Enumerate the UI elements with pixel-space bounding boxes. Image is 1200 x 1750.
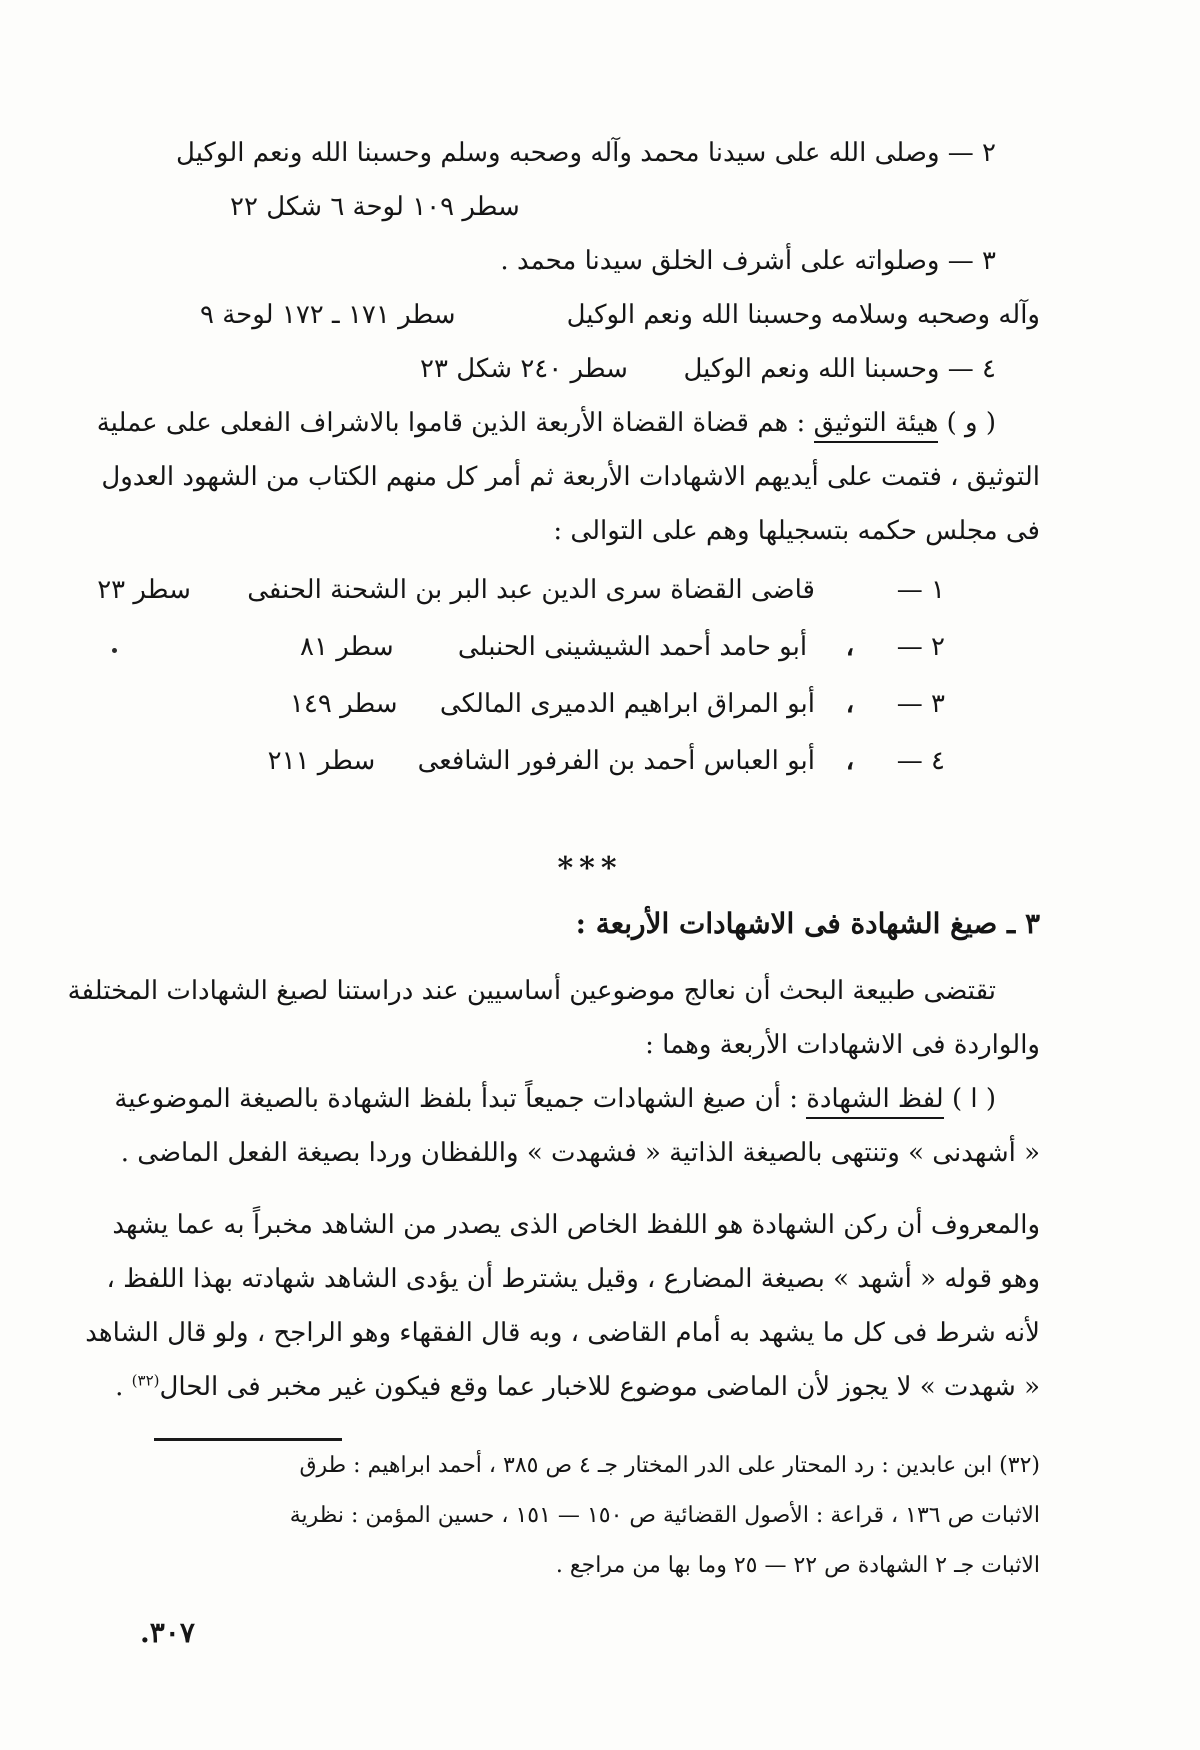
discussion-line-4-end: . [115, 1372, 132, 1402]
judge-name: أبو العباس أحمد بن الفرفور الشافعى [418, 733, 815, 790]
testimony-wording-rest: : أن صيغ الشهادات جميعاً تبدأ بلفظ الشها… [114, 1084, 806, 1114]
judge-number: ١ — [885, 562, 945, 619]
intro-paragraph-line-2: والواردة فى الاشهادات الأربعة وهما : [140, 1018, 1040, 1072]
authentication-body-line-1: ( و ) هيئة التوثيق : هم قضاة القضاة الأر… [140, 396, 1040, 450]
stars-separator: *** [140, 848, 1040, 890]
entry-2-reference: سطر ١٠٩ لوحة ٦ شكل ٢٢ [140, 180, 1040, 234]
entry-2-line: ٢ — وصلى الله على سيدنا محمد وآله وصحبه … [140, 126, 1040, 180]
entry-4-line: ٤ — وحسبنا الله ونعم الوكيل سطر ٢٤٠ شكل … [140, 342, 1040, 396]
entry-4-text: ٤ — وحسبنا الله ونعم الوكيل [683, 342, 996, 396]
authentication-body-line-3: فى مجلس حكمه بتسجيلها وهم على التوالى : [140, 504, 1040, 558]
judge-row: ٤ — ، أبو العباس أحمد بن الفرفور الشافعى… [300, 733, 945, 790]
scanned-book-page: ٢ — وصلى الله على سيدنا محمد وآله وصحبه … [0, 0, 1200, 1750]
discussion-paragraph-line-2: وهو قوله « أشهد » بصيغة المضارع ، وقيل ي… [140, 1252, 1040, 1306]
discussion-paragraph-line-1: والمعروف أن ركن الشهادة هو اللفظ الخاص ا… [140, 1198, 1040, 1252]
page-text-block: ٢ — وصلى الله على سيدنا محمد وآله وصحبه … [0, 0, 1200, 1750]
judge-name: قاضى القضاة سرى الدين عبد البر بن الشحنة… [247, 562, 815, 619]
page-number-value: .٣٠٧ [140, 1616, 195, 1649]
testimony-wording-line-2: « أشهدنى » وتنتهى بالصيغة الذاتية « فشهد… [140, 1126, 1040, 1180]
underlined-term-authentication-body: هيئة التوثيق [814, 408, 939, 443]
judge-name: أبو حامد أحمد الشيشينى الحنبلى [450, 619, 815, 676]
judge-row: ٢ — ، أبو حامد أحمد الشيشينى الحنبلى سطر… [300, 619, 945, 676]
underlined-term-testimony-wording: لفظ الشهادة [806, 1084, 943, 1119]
footnote-line-2: الاثبات ص ١٣٦ ، قراعة : الأصول القضائية … [140, 1491, 1040, 1541]
scan-speck [112, 648, 117, 653]
judge-name: أبو المراق ابراهيم الدميرى المالكى [440, 676, 815, 733]
judge-line-reference: سطر ١٤٩ [290, 676, 440, 733]
discussion-line-4-text: « شهدت » لا يجوز لأن الماضى موضوع للاخبا… [160, 1372, 1040, 1402]
intro-paragraph-line-1: تقتضى طبيعة البحث أن نعالج موضوعين أساسي… [140, 964, 1040, 1018]
judge-line-reference: سطر ٢٣ [97, 562, 247, 619]
ditto-mark: ، [815, 733, 885, 790]
testimony-wording-line-1: ( ا ) لفظ الشهادة : أن صيغ الشهادات جميع… [140, 1072, 1040, 1126]
judge-line-reference: سطر ٢١١ [268, 733, 418, 790]
entry-4-reference: سطر ٢٤٠ شكل ٢٣ [420, 342, 628, 396]
ditto-mark: ، [815, 676, 885, 733]
entry-3-continuation-line: وآله وصحبه وسلامه وحسبنا الله ونعم الوكي… [140, 288, 1040, 342]
authentication-body-rest: : هم قضاة القضاة الأربعة الذين قاموا بال… [97, 408, 814, 438]
entry-3-continuation-text: وآله وصحبه وسلامه وحسبنا الله ونعم الوكي… [567, 288, 1040, 342]
entry-3-line: ٣ — وصلواته على أشرف الخلق سيدنا محمد . [140, 234, 1040, 288]
alef-marker: ( ا ) [944, 1084, 996, 1114]
authentication-body-line-2: التوثيق ، فتمت على أيديهم الاشهادات الأر… [140, 450, 1040, 504]
judge-number: ٣ — [885, 676, 945, 733]
footnote-line-1: (٣٢) ابن عابدين : رد المحتار على الدر ال… [140, 1441, 1040, 1491]
judge-number: ٢ — [885, 619, 945, 676]
ditto-mark [815, 562, 885, 619]
ditto-mark: ، [815, 619, 885, 676]
footnote-reference-marker: (٣٢) [132, 1371, 160, 1389]
entry-3-reference: سطر ١٧١ ـ ١٧٢ لوحة ٩ [200, 288, 456, 342]
judges-list: ١ — قاضى القضاة سرى الدين عبد البر بن ال… [300, 562, 945, 790]
footnote-line-3: الاثبات جـ ٢ الشهادة ص ٢٢ — ٢٥ وما بها م… [140, 1541, 1040, 1591]
judge-line-reference: سطر ٨١ [300, 619, 450, 676]
waw-marker: ( و ) [938, 408, 996, 438]
discussion-paragraph-line-3: لأنه شرط فى كل ما يشهد به أمام القاضى ، … [140, 1306, 1040, 1360]
judge-number: ٤ — [885, 733, 945, 790]
judge-row: ١ — قاضى القضاة سرى الدين عبد البر بن ال… [300, 562, 945, 619]
discussion-paragraph-line-4: « شهدت » لا يجوز لأن الماضى موضوع للاخبا… [140, 1360, 1040, 1414]
judge-row: ٣ — ، أبو المراق ابراهيم الدميرى المالكى… [300, 676, 945, 733]
section-heading: ٣ ـ صيغ الشهادة فى الاشهادات الأربعة : [140, 902, 1040, 946]
page-number: .٣٠٧ [140, 1613, 1040, 1653]
